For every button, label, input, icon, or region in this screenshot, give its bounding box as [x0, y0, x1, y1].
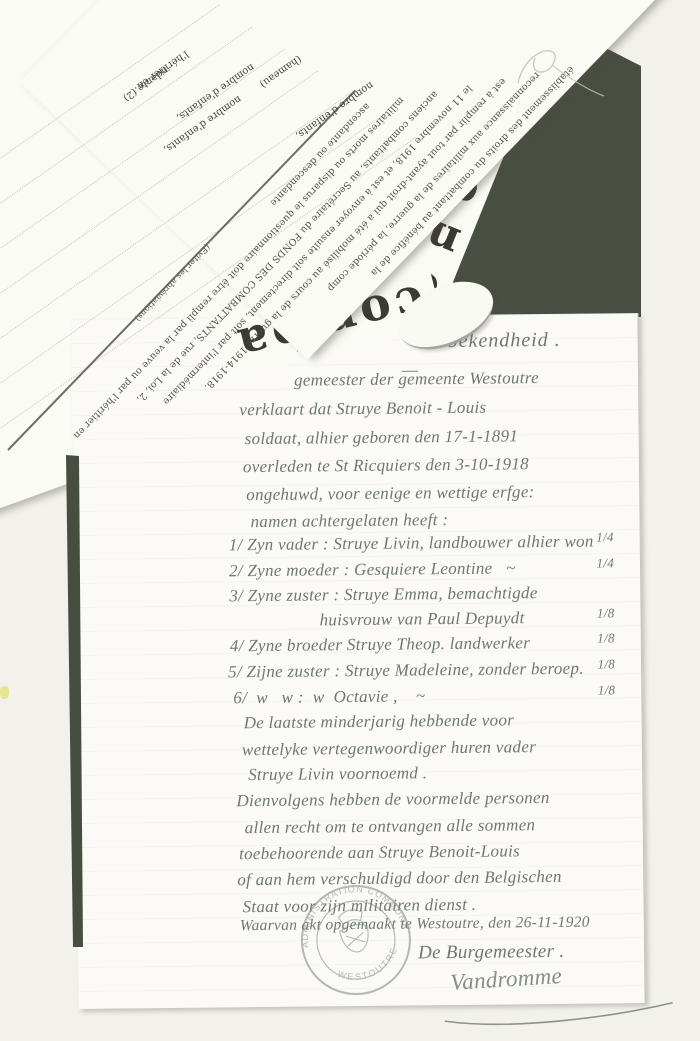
handwritten-line: ongehuwd, voor eenige en wettige erfge: [246, 482, 535, 505]
heir-row: 3/ Zyne zuster : Struye Emma, bemachtigd… [229, 583, 538, 606]
heir-row: huisvrouw van Paul Depuydt1/8 [319, 607, 614, 630]
share-fraction: 1/8 [598, 682, 616, 698]
mayor-signature: Vandromme [450, 963, 563, 996]
pencil-doodle [500, 35, 610, 105]
municipal-stamp: ADMINISTRATION COMMUNALE WESTOUTRE [282, 866, 430, 1014]
handwritten-line: soldaat, alhier geboren den 17-1-1891 [245, 426, 519, 449]
heir-row: 4/ Zyne broeder Struye Theop. landwerker… [230, 632, 615, 656]
scanned-document: s d n o an bekendheid . — gemeester der … [0, 0, 700, 1041]
paper-fleck [0, 686, 9, 699]
handwritten-line: overleden te St Ricquiers den 3-10-1918 [243, 454, 529, 477]
share-fraction: 1/4 [596, 555, 614, 571]
handwritten-line: toebehoorende aan Struye Benoit-Louis [239, 841, 520, 864]
share-fraction: 1/4 [596, 529, 614, 545]
role-line: De Burgemeester . [418, 941, 565, 965]
handwritten-line: wettelyke vertegenwoordiger huren vader [242, 737, 536, 760]
handwritten-line: De laatste minderjarig hebbende voor [244, 710, 515, 733]
handwritten-line: gemeester der gemeente Westoutre [294, 368, 539, 391]
certificate-page: an bekendheid . — gemeester der gemeente… [71, 313, 645, 1009]
heir-row: 5/ Zijne zuster : Struye Madeleine, zond… [228, 658, 615, 682]
stamp-emblem [336, 907, 373, 955]
handwritten-line: allen recht om te ontvangen alle sommen [245, 815, 536, 838]
share-fraction: 1/8 [597, 630, 615, 646]
heir-row: 6/ w w : w Octavie , ~1/8 [233, 684, 615, 708]
share-fraction: 1/8 [597, 605, 615, 621]
handwritten-line: Dienvolgens hebben de voormelde personen [236, 788, 549, 811]
share-fraction: 1/8 [597, 656, 615, 672]
svg-text:WESTOUTRE: WESTOUTRE [332, 943, 405, 987]
handwritten-line: verklaart dat Struye Benoit - Louis [239, 398, 486, 421]
handwritten-line: namen achtergelaten heeft : [250, 510, 448, 532]
handwritten-line: Struye Livin voornoemd . [248, 763, 427, 785]
signature-flourish [440, 991, 680, 1034]
heir-row: 1/ Zyn vader : Struye Livin, landbouwer … [229, 531, 614, 555]
heir-row: 2/ Zyne moeder : Gesquiere Leontine ~1/4 [229, 557, 614, 581]
stamp-arc-bottom-text: WESTOUTRE [332, 943, 405, 987]
